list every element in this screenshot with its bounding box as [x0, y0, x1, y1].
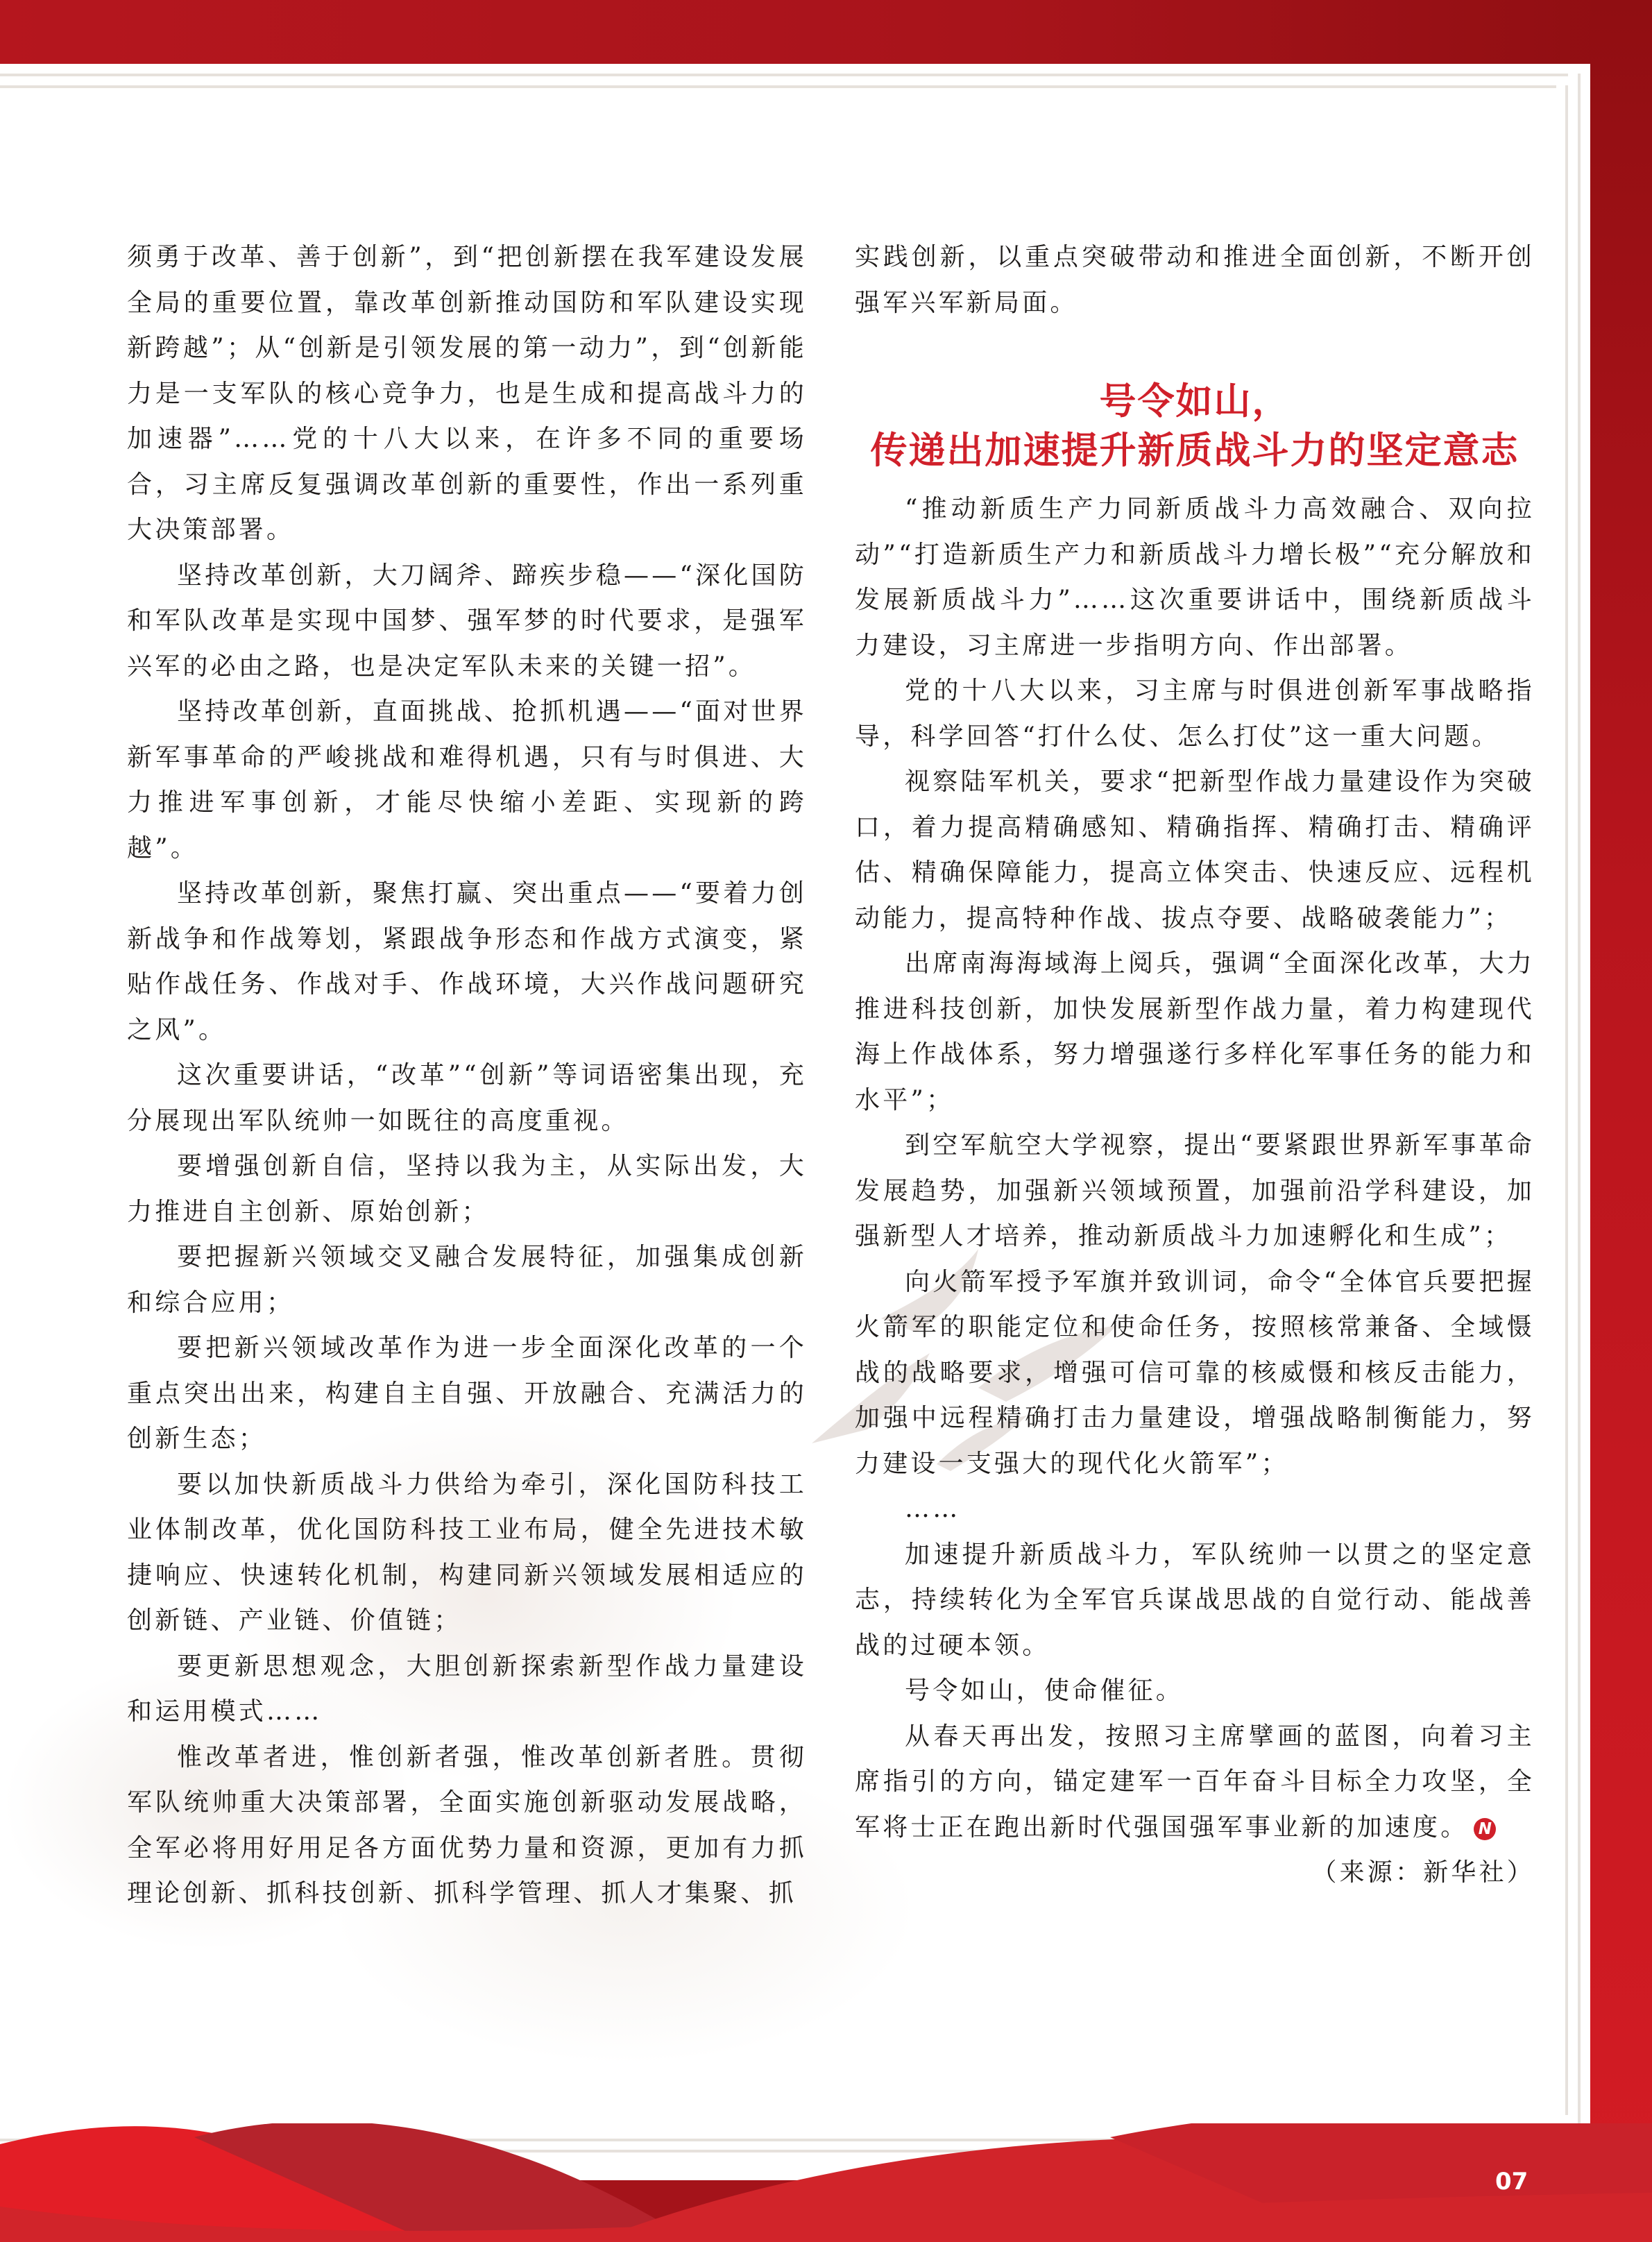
footer-red-wave	[0, 2123, 1652, 2242]
border-line-right-outer	[1578, 74, 1581, 2128]
paragraph: 号令如山，使命催征。	[855, 1668, 1535, 1714]
paragraph: 要增强创新自信，坚持以我为主，从实际出发，大力推进自主创新、原始创新；	[127, 1144, 807, 1234]
closing-paragraph: 从春天再出发，按照习主席擘画的蓝图，向着习主席指引的方向，锚定建军一百年奋斗目标…	[855, 1714, 1535, 1851]
border-line-top-outer	[0, 74, 1568, 76]
paragraph: 坚持改革创新，大刀阔斧、蹄疾步稳——“深化国防和军队改革是实现中国梦、强军梦的时…	[127, 553, 807, 690]
paragraph: 坚持改革创新，直面挑战、抢抓机遇——“面对世界新军事革命的严峻挑战和难得机遇，只…	[127, 689, 807, 871]
closing-paragraph-text: 从春天再出发，按照习主席擘画的蓝图，向着习主席指引的方向，锚定建军一百年奋斗目标…	[855, 1722, 1535, 1842]
section-heading-line1: 号令如山，	[855, 377, 1535, 426]
paragraph: 这次重要讲话，“改革”“创新”等词语密集出现，充分展现出军队统帅一如既往的高度重…	[127, 1053, 807, 1144]
ellipsis-paragraph: ……	[855, 1486, 1535, 1532]
end-mark-logo-icon: N	[1474, 1818, 1496, 1840]
border-line-right-inner	[1565, 85, 1568, 2115]
paragraph: 坚持改革创新，聚焦打赢、突出重点——“要着力创新战争和作战筹划，紧跟战争形态和作…	[127, 871, 807, 1053]
paragraph: 加速提升新质战斗力，军队统帅一以贯之的坚定意志，持续转化为全军官兵谋战思战的自觉…	[855, 1532, 1535, 1669]
paragraph: 实践创新，以重点突破带动和推进全面创新，不断开创强军兴军新局面。	[855, 235, 1535, 325]
paragraph: 党的十八大以来，习主席与时俱进创新军事战略指导，科学回答“打什么仗、怎么打仗”这…	[855, 668, 1535, 759]
paragraph: 要把握新兴领域交叉融合发展特征，加强集成创新和综合应用；	[127, 1234, 807, 1325]
section-heading: 号令如山， 传递出加速提升新质战斗力的坚定意志	[855, 377, 1535, 475]
top-red-frame	[0, 0, 1652, 64]
section-heading-line2: 传递出加速提升新质战斗力的坚定意志	[855, 426, 1535, 475]
source-credit: （来源：新华社）	[855, 1850, 1535, 1896]
paragraph: 惟改革者进，惟创新者强，惟改革创新者胜。贯彻军队统帅重大决策部署，全面实施创新驱…	[127, 1735, 807, 1917]
paragraph: 须勇于改革、善于创新”，到“把创新摆在我军建设发展全局的重要位置，靠改革创新推动…	[127, 235, 807, 553]
border-line-top-inner	[0, 85, 1556, 88]
paragraph: 到空军航空大学视察，提出“要紧跟世界新军事革命发展趋势，加强新兴领域预置，加强前…	[855, 1123, 1535, 1259]
right-text-column: 实践创新，以重点突破带动和推进全面创新，不断开创强军兴军新局面。 号令如山， 传…	[855, 235, 1535, 1896]
paragraph: “推动新质生产力同新质战斗力高效融合、双向拉动”“打造新质生产力和新质战斗力增长…	[855, 486, 1535, 668]
paragraph: 向火箭军授予军旗并致训词，命令“全体官兵要把握火箭军的职能定位和使命任务，按照核…	[855, 1259, 1535, 1487]
paragraph: 视察陆军机关，要求“把新型作战力量建设作为突破口，着力提高精确感知、精确指挥、精…	[855, 759, 1535, 941]
right-red-frame	[1590, 0, 1652, 2242]
paragraph: 要以加快新质战斗力供给为牵引，深化国防科技工业体制改革，优化国防科技工业布局，健…	[127, 1462, 807, 1644]
paragraph: 要把新兴领域改革作为进一步全面深化改革的一个重点突出出来，构建自主自强、开放融合…	[127, 1325, 807, 1462]
page-number: 07	[1495, 2168, 1528, 2196]
paragraph: 出席南海海域海上阅兵，强调“全面深化改革，大力推进科技创新，加快发展新型作战力量…	[855, 941, 1535, 1123]
left-text-column: 须勇于改革、善于创新”，到“把创新摆在我军建设发展全局的重要位置，靠改革创新推动…	[127, 235, 807, 1917]
paragraph: 要更新思想观念，大胆创新探索新型作战力量建设和运用模式……	[127, 1644, 807, 1735]
